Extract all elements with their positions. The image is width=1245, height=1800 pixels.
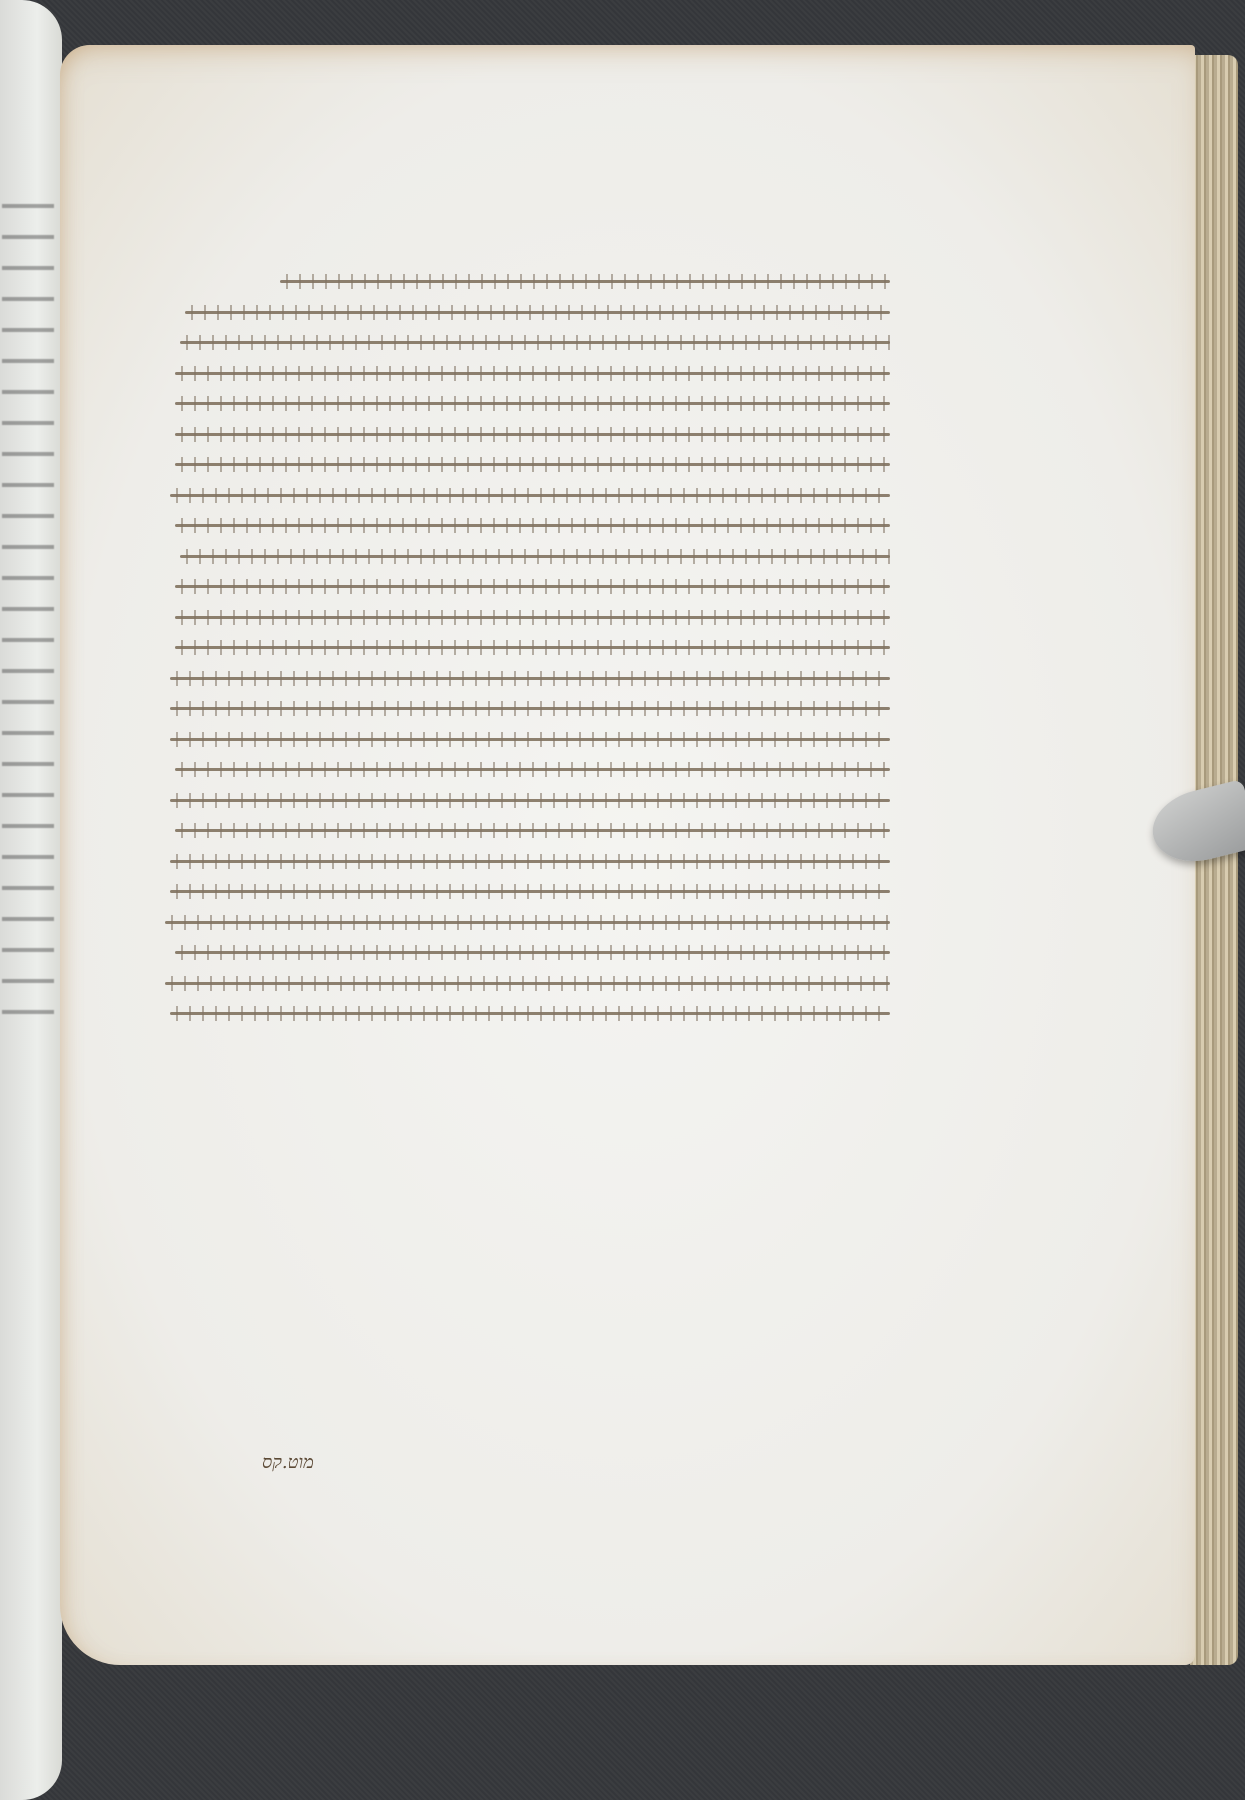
ink-stroke [170,738,890,741]
text-line [150,667,890,698]
text-line [150,972,890,1003]
ink-stroke [175,463,890,466]
text-line [150,758,890,789]
ink-stroke [180,341,890,344]
ink-stroke [170,890,890,893]
handwritten-text-block [150,270,890,1033]
ink-stroke [170,494,890,497]
text-line [150,484,890,515]
text-line [150,514,890,545]
text-line [150,545,890,576]
text-line [150,850,890,881]
ink-stroke [175,829,890,832]
text-line [150,911,890,942]
ink-stroke [175,372,890,375]
ink-stroke [185,311,890,314]
ink-stroke [170,707,890,710]
text-line [150,575,890,606]
ink-stroke [165,982,890,985]
text-line [150,1002,890,1033]
ink-stroke [175,646,890,649]
catchword: מוט.קס [262,1452,314,1473]
text-line [150,941,890,972]
ink-stroke [175,768,890,771]
ink-stroke [175,524,890,527]
ink-stroke [175,585,890,588]
facing-page-edge [0,0,62,1800]
text-line [150,606,890,637]
ink-stroke [280,280,890,283]
text-line [150,819,890,850]
text-line [150,301,890,332]
ink-stroke [175,402,890,405]
text-line [150,636,890,667]
ink-stroke [165,921,890,924]
text-line [150,362,890,393]
text-line [150,423,890,454]
text-line [150,697,890,728]
text-line [150,728,890,759]
text-line [150,453,890,484]
facing-page-text [2,190,54,1020]
ink-stroke [180,555,890,558]
ink-stroke [170,677,890,680]
text-line [150,331,890,362]
text-line [150,392,890,423]
ink-stroke [175,433,890,436]
ink-stroke [175,951,890,954]
text-line [150,789,890,820]
ink-stroke [175,616,890,619]
ink-stroke [170,860,890,863]
ink-stroke [170,799,890,802]
text-line [150,880,890,911]
text-line [150,270,890,301]
ink-stroke [170,1012,890,1015]
